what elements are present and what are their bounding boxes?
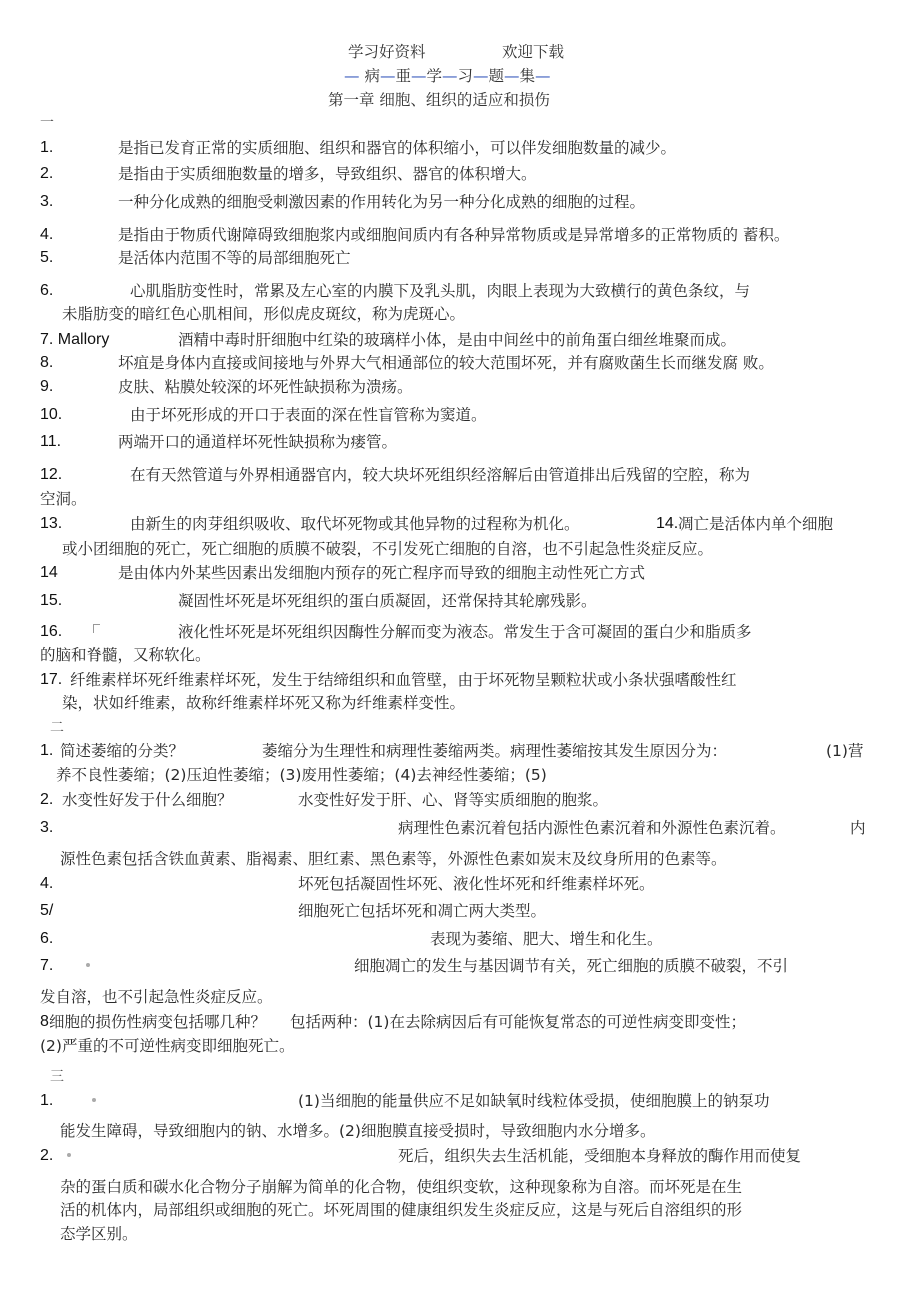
item-text-tail: (1)营 — [826, 741, 863, 761]
subtitle-char: 习 — [457, 67, 473, 85]
item-text-cont: 源性色素包括含铁血黄素、脂褐素、胆红素、黑色素等，外源性色素如炭末及纹身所用的色… — [60, 849, 727, 869]
item-question: 水变性好发于什么细胞？ — [62, 790, 233, 810]
item-text: 由于坏死形成的开口于表面的深在性盲管称为窦道。 — [130, 405, 487, 425]
item-text: 水变性好发于肝、心、肾等实质细胞的胞浆。 — [298, 790, 608, 810]
item-number: 14 — [40, 563, 58, 583]
subtitle-char: 学 — [426, 67, 442, 85]
item-number: 8. — [40, 353, 53, 373]
item-number: 5. — [40, 248, 53, 268]
item-number: 9. — [40, 377, 53, 397]
item-text-tail: 内 — [850, 818, 866, 838]
bullet-dot — [92, 1098, 96, 1102]
dash: — — [473, 67, 489, 85]
book-subtitle: — 病—亜—学—习—题—集— — [344, 66, 551, 86]
item-text: 坏疽是身体内直接或间接地与外界大气相通部位的较大范围坏死，并有腐败菌生长而继发腐… — [118, 353, 774, 373]
item-text-cont: 的脑和脊髓，又称软化。 — [40, 645, 211, 665]
item-text: 病理性色素沉着包括内源性色素沉着和外源性色素沉着。 — [398, 818, 786, 838]
item-number: 12. — [40, 465, 62, 485]
item-number: 7. — [40, 956, 53, 976]
item-number: 11. — [40, 432, 61, 452]
item-number: 2. — [40, 1146, 53, 1166]
item-text: 是活体内范围不等的局部细胞死亡 — [118, 248, 351, 268]
item-text: 纤维素样坏死纤维素样坏死，发生于结缔组织和血管壁，由于坏死物呈颗粒状或小条状强嗜… — [70, 670, 737, 690]
dash: — — [442, 67, 458, 85]
dash: — — [535, 67, 551, 85]
item-text-cont: 态学区别。 — [60, 1224, 138, 1244]
dash: — — [504, 67, 520, 85]
item-text-cont: 空洞。 — [40, 489, 87, 509]
item-text-cont: 未脂肪变的暗红色心肌相间，形似虎皮斑纹，称为虎斑心。 — [62, 304, 465, 324]
item-text: 一种分化成熟的细胞受刺激因素的作用转化为另一种分化成熟的细胞的过程。 — [118, 192, 645, 212]
item-text: 细胞死亡包括坏死和凋亡两大类型。 — [298, 901, 546, 921]
item-number: 1. — [40, 138, 53, 158]
subtitle-char: 亜 — [395, 67, 411, 85]
item-number: 17. — [40, 670, 62, 690]
item-text: 包括两种：(1)在去除病因后有可能恢复常态的可逆性病变即变性； — [290, 1012, 746, 1032]
item-text: 是指已发育正常的实质细胞、组织和器官的体积缩小，可以伴发细胞数量的减少。 — [118, 138, 676, 158]
subtitle-char: 题 — [489, 67, 505, 85]
bracket-mark — [93, 624, 100, 633]
bullet-dot — [67, 1153, 71, 1157]
item-text: 坏死包括凝固性坏死、液化性坏死和纤维素样坏死。 — [298, 874, 655, 894]
item-text-cont: 发自溶，也不引起急性炎症反应。 — [40, 987, 273, 1007]
dash: — — [380, 67, 396, 85]
header-right: 欢迎下载 — [502, 42, 564, 62]
item-text: 死后，组织失去生活机能，受细胞本身释放的酶作用而使复 — [398, 1146, 801, 1166]
dash: — — [344, 67, 364, 85]
item-text: (1)当细胞的能量供应不足如缺氧时线粒体受损，使细胞膜上的钠泵功 — [298, 1091, 769, 1111]
item-text: 凋亡是活体内单个细胞 — [678, 514, 833, 534]
item-number: 2. — [40, 164, 53, 184]
dash: — — [411, 67, 427, 85]
item-text: 凝固性坏死是坏死组织的蛋白质凝固，还常保持其轮廓残影。 — [178, 591, 597, 611]
item-text: 是由体内外某些因素出发细胞内预存的死亡程序而导致的细胞主动性死亡方式 — [118, 563, 645, 583]
item-number: 4. — [40, 874, 53, 894]
item-text: 皮肤、粘膜处较深的坏死性缺损称为溃疡。 — [118, 377, 413, 397]
item-text: 细胞凋亡的发生与基因调节有关，死亡细胞的质膜不破裂，不引 — [354, 956, 788, 976]
item-text-cont: 活的机体内，局部组织或细胞的死亡。坏死周围的健康组织发生炎症反应，这是与死后自溶… — [60, 1200, 742, 1220]
item-text: 酒精中毒时肝细胞中红染的玻璃样小体，是由中间丝中的前角蛋白细丝堆聚而成。 — [178, 330, 736, 350]
item-text: 液化性坏死是坏死组织因酶性分解而变为液态。常发生于含可凝固的蛋白少和脂质多 — [178, 622, 752, 642]
item-number: 15. — [40, 591, 62, 611]
item-number: 4. — [40, 225, 53, 245]
item-number: 6. — [40, 281, 53, 301]
subtitle-char: 病 — [364, 67, 380, 85]
item-text-cont: (2)严重的不可逆性病变即细胞死亡。 — [40, 1036, 294, 1056]
item-number: 13. — [40, 514, 62, 534]
item-number: 7. Mallory — [40, 330, 109, 350]
section-marker-two: 二 — [50, 717, 64, 737]
item-number: 10. — [40, 405, 62, 425]
item-text: 在有天然管道与外界相通器官内，较大块坏死组织经溶解后由管道排出后残留的空腔，称为 — [130, 465, 750, 485]
item-question: 简述萎缩的分类？ — [60, 741, 184, 761]
item-number: 16. — [40, 622, 62, 642]
item-question: 细胞的损伤性病变包括哪几种？ — [49, 1012, 266, 1032]
bullet-dot — [86, 963, 90, 967]
chapter-title: 第一章 细胞、组织的适应和损伤 — [328, 90, 550, 110]
item-text: 由新生的肉芽组织吸收、取代坏死物或其他异物的过程称为机化。 — [130, 514, 580, 534]
item-number: 1. — [40, 741, 53, 761]
item-number: 5/ — [40, 901, 53, 921]
item-text-cont: 或小团细胞的死亡，死亡细胞的质膜不破裂，不引发死亡细胞的自溶，也不引起急性炎症反… — [62, 539, 713, 559]
item-text-cont: 养不良性萎缩；(2)压迫性萎缩；(3)废用性萎缩；(4)去神经性萎缩；(5) — [56, 765, 547, 785]
item-number: 8 — [40, 1012, 49, 1032]
item-text: 表现为萎缩、肥大、增生和化生。 — [430, 929, 663, 949]
item-text: 是指由于实质细胞数量的增多，导致组织、器官的体积增大。 — [118, 164, 537, 184]
item-text: 心肌脂肪变性时，常累及左心室的内膜下及乳头肌，肉眼上表现为大致横行的黄色条纹，与 — [130, 281, 750, 301]
item-number: 14. — [656, 514, 678, 534]
item-text-cont: 能发生障碍，导致细胞内的钠、水增多。(2)细胞膜直接受损时，导致细胞内水分增多。 — [60, 1121, 655, 1141]
item-number: 6. — [40, 929, 53, 949]
item-text: 两端开口的通道样坏死性缺损称为瘘管。 — [118, 432, 397, 452]
item-text: 萎缩分为生理性和病理性萎缩两类。病理性萎缩按其发生原因分为： — [262, 741, 727, 761]
item-number: 3. — [40, 818, 53, 838]
item-text-cont: 染，状如纤维素，故称纤维素样坏死又称为纤维素样变性。 — [62, 693, 465, 713]
item-number: 3. — [40, 192, 53, 212]
item-text: 是指由于物质代谢障碍致细胞浆内或细胞间质内有各种异常物质或是异常增多的正常物质的… — [118, 225, 789, 245]
header-left: 学习好资料 — [348, 42, 426, 62]
section-marker-one: 一 — [40, 112, 54, 132]
item-text-cont: 杂的蛋白质和碳水化合物分子崩解为简单的化合物，使组织变软，这种现象称为自溶。而坏… — [60, 1177, 742, 1197]
item-number: 2. — [40, 790, 53, 810]
section-marker-three: 三 — [50, 1066, 64, 1086]
subtitle-char: 集 — [520, 67, 536, 85]
item-number: 1. — [40, 1091, 53, 1111]
